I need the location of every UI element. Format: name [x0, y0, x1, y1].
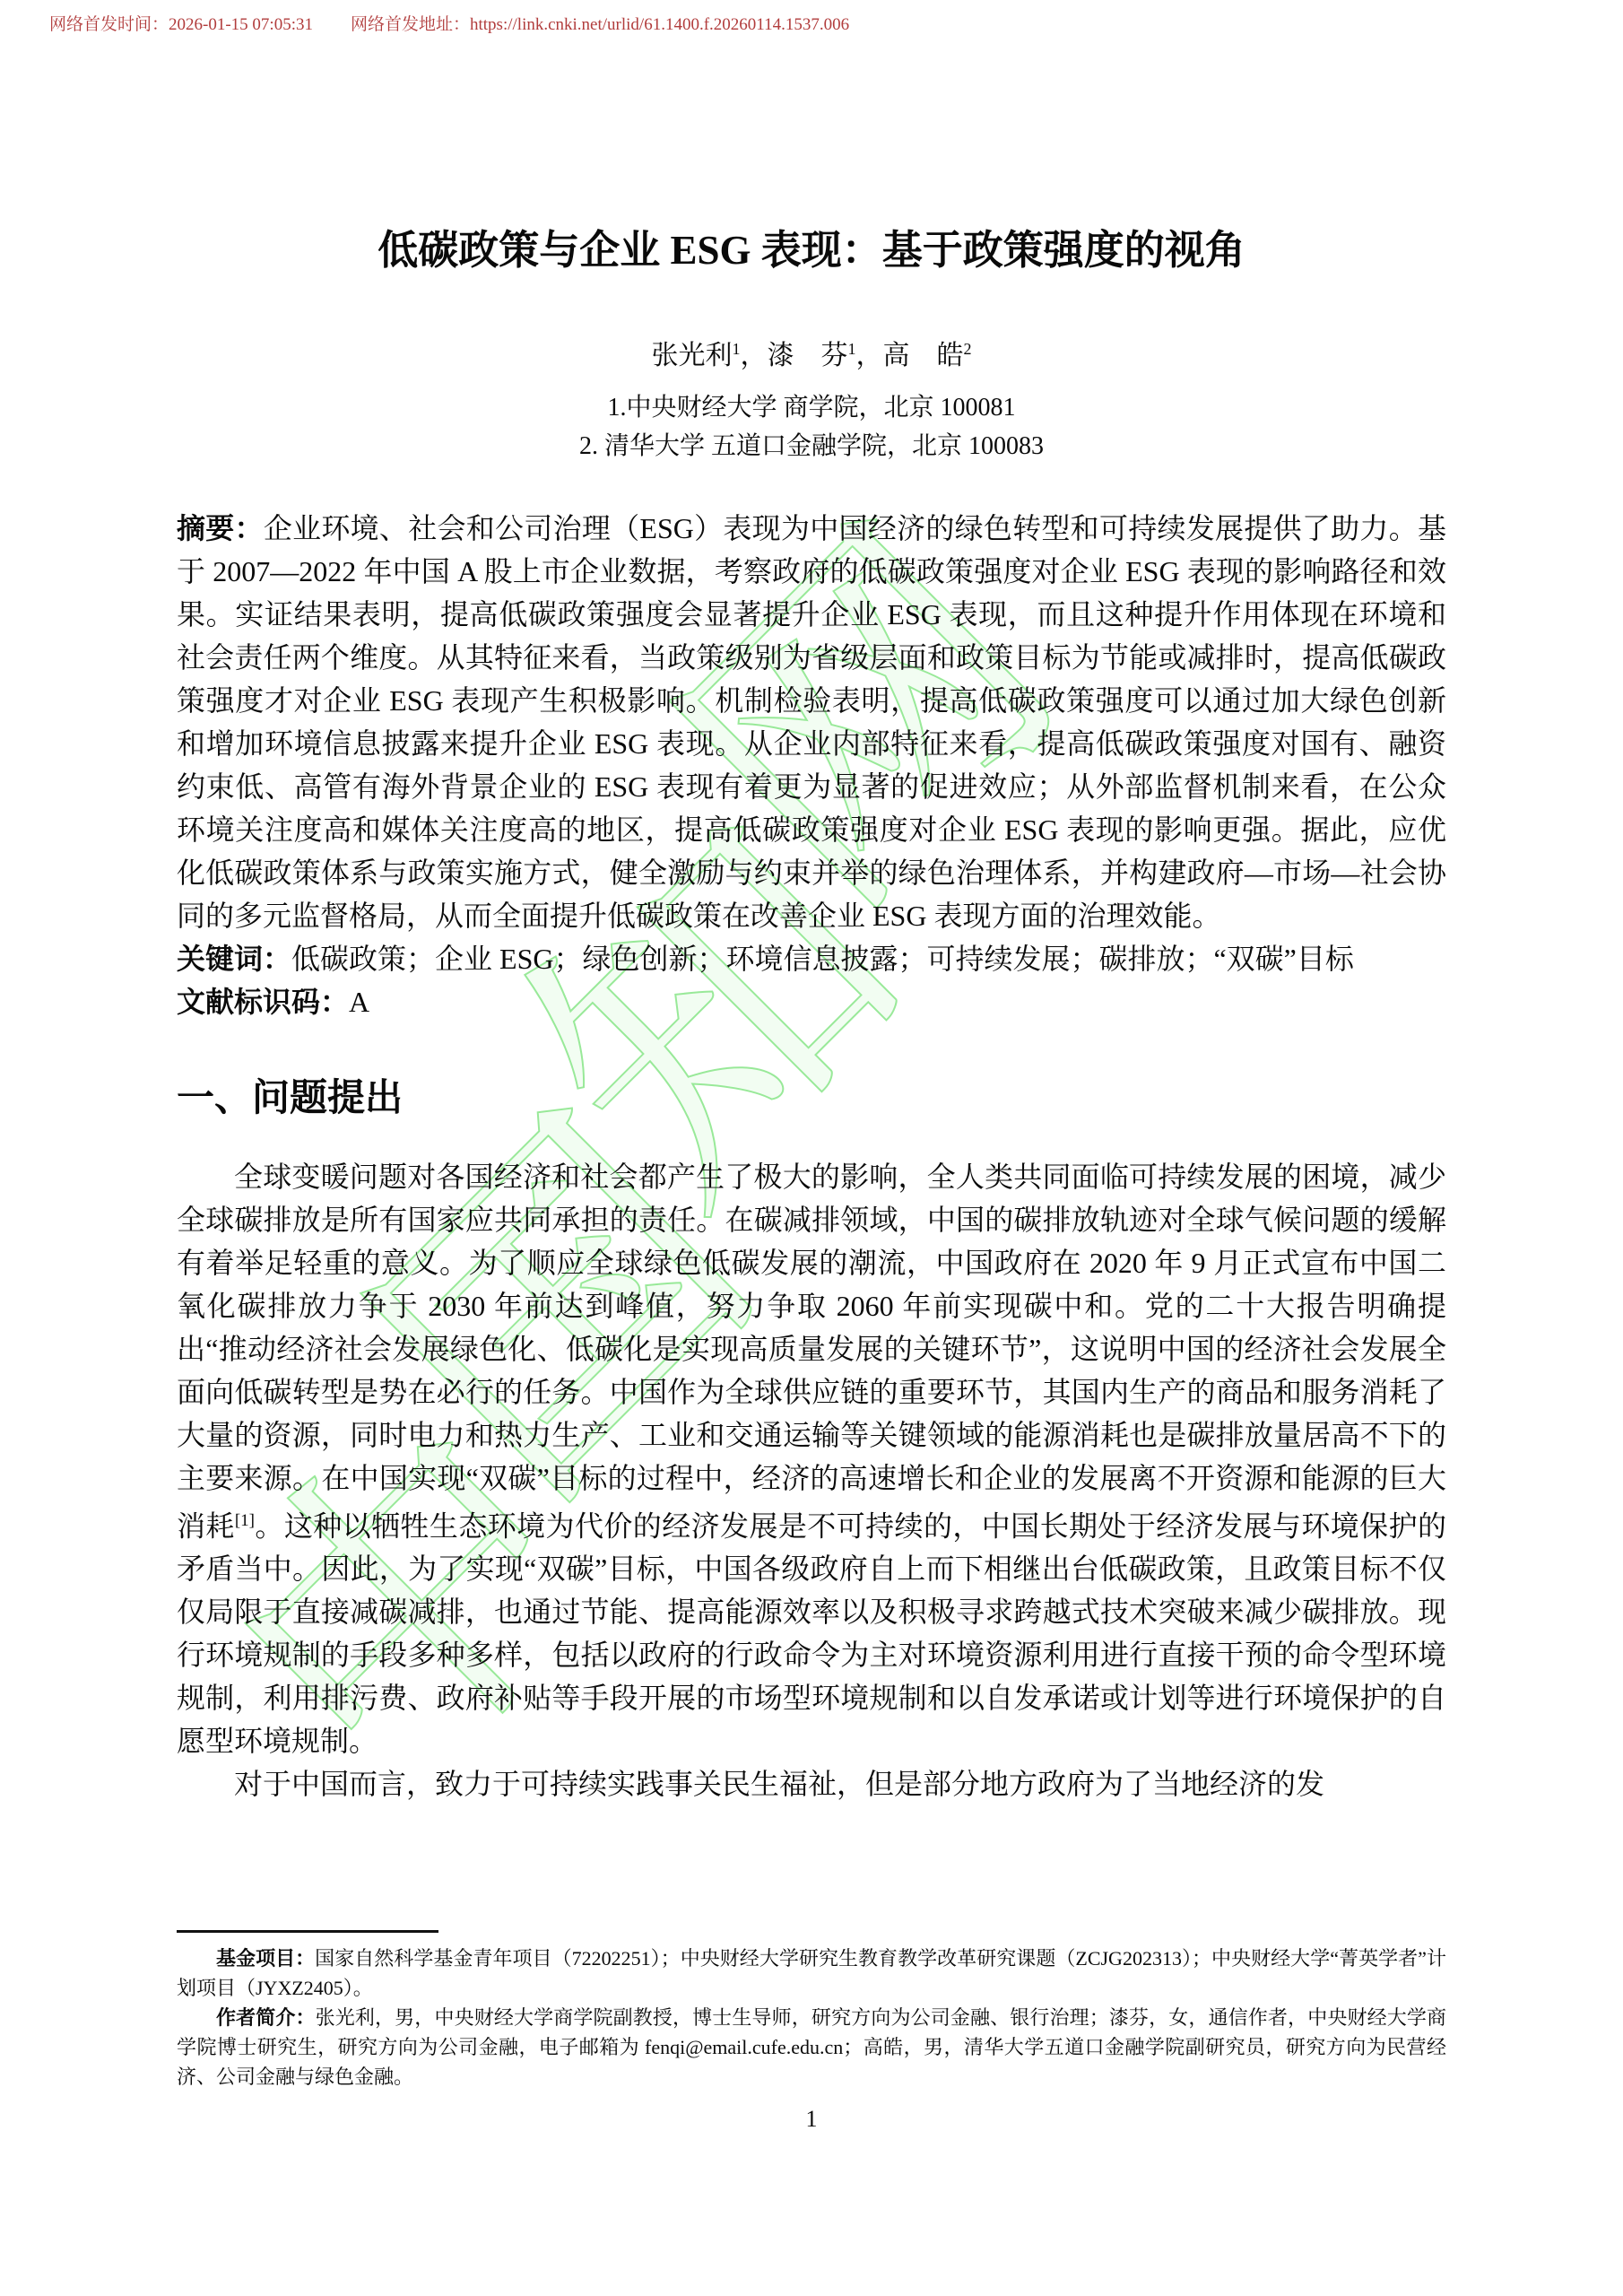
doc-code-label: 文献标识码：	[177, 986, 349, 1018]
citation-ref-1: [1]	[235, 1511, 255, 1530]
paper-content: 低碳政策与企业 ESG 表现：基于政策强度的视角 张光利1，漆 芬1，高 皓2 …	[177, 215, 1446, 1805]
author-bio-note: 作者简介：张光利，男，中央财经大学商学院副教授，博士生导师，研究方向为公司金融、…	[177, 2003, 1446, 2092]
footnote-separator-rule	[177, 1930, 438, 1933]
publish-time-label: 网络首发时间：	[49, 15, 169, 34]
footnote-area: 基金项目：国家自然科学基金青年项目（72202251）；中央财经大学研究生教育教…	[177, 1930, 1446, 2092]
funding-text: 国家自然科学基金青年项目（72202251）；中央财经大学研究生教育教学改革研究…	[177, 1947, 1446, 1999]
author-3-affil-sup: 2	[964, 340, 972, 358]
online-first-header: 网络首发时间：2026-01-15 07:05:31网络首发地址：https:/…	[49, 11, 849, 35]
funding-label: 基金项目：	[216, 1947, 315, 1970]
author-separator-1: ，	[741, 341, 768, 370]
section-1-heading: 一、问题提出	[177, 1075, 1446, 1120]
abstract-label: 摘要：	[177, 512, 264, 544]
keywords-label: 关键词：	[177, 943, 291, 975]
author-bio-label: 作者简介：	[216, 2006, 316, 2029]
author-3-name: 高 皓	[883, 341, 964, 370]
funding-note: 基金项目：国家自然科学基金青年项目（72202251）；中央财经大学研究生教育教…	[177, 1944, 1446, 2003]
author-1-affil-sup: 1	[733, 340, 741, 358]
author-3: 高 皓2	[883, 341, 972, 370]
keywords: 关键词：低碳政策；企业 ESG；绿色创新；环境信息披露；可持续发展；碳排放；“双…	[177, 937, 1446, 980]
author-1: 张光利1	[652, 341, 741, 370]
section-1-paragraph-2: 对于中国而言，致力于可持续实践事关民生福祉，但是部分地方政府为了当地经济的发	[177, 1762, 1446, 1805]
paper-page: 网络首发时间：2026-01-15 07:05:31网络首发地址：https:/…	[0, 0, 1623, 2296]
publish-time-value: 2026-01-15 07:05:31	[169, 15, 313, 34]
front-matter-and-body: 摘要：企业环境、社会和公司治理（ESG）表现为中国经济的绿色转型和可持续发展提供…	[177, 507, 1446, 1805]
author-bio-text: 张光利，男，中央财经大学商学院副教授，博士生导师，研究方向为公司金融、银行治理；…	[177, 2006, 1446, 2088]
author-2: 漆 芬1	[768, 341, 856, 370]
author-2-affil-sup: 1	[848, 340, 856, 358]
abstract-text: 企业环境、社会和公司治理（ESG）表现为中国经济的绿色转型和可持续发展提供了助力…	[177, 512, 1446, 932]
publish-url-value: https://link.cnki.net/urlid/61.1400.f.20…	[470, 15, 849, 34]
doc-code-value: A	[349, 986, 369, 1018]
abstract: 摘要：企业环境、社会和公司治理（ESG）表现为中国经济的绿色转型和可持续发展提供…	[177, 507, 1446, 937]
paragraph-1-text: 全球变暖问题对各国经济和社会都产生了极大的影响，全人类共同面临可持续发展的困境，…	[177, 1161, 1446, 1543]
author-line: 张光利1，漆 芬1，高 皓2	[177, 333, 1446, 372]
author-separator-2: ，	[856, 341, 883, 370]
keywords-text: 低碳政策；企业 ESG；绿色创新；环境信息披露；可持续发展；碳排放；“双碳”目标	[291, 943, 1354, 975]
paragraph-1-text-continued: 。这种以牺牲生态环境为代价的经济发展是不可持续的，中国长期处于经济发展与环境保护…	[177, 1509, 1446, 1757]
affiliations: 1.中央财经大学 商学院，北京 100081 2. 清华大学 五道口金融学院，北…	[177, 388, 1446, 466]
section-1-paragraph-1: 全球变暖问题对各国经济和社会都产生了极大的影响，全人类共同面临可持续发展的困境，…	[177, 1155, 1446, 1763]
publish-url-label: 网络首发地址：	[351, 15, 470, 34]
affiliation-1: 1.中央财经大学 商学院，北京 100081	[177, 388, 1446, 427]
page-number: 1	[0, 2106, 1623, 2133]
paper-title: 低碳政策与企业 ESG 表现：基于政策强度的视角	[177, 224, 1446, 277]
doc-code: 文献标识码：A	[177, 980, 1446, 1023]
author-2-name: 漆 芬	[768, 341, 848, 370]
author-1-name: 张光利	[652, 341, 733, 370]
affiliation-2: 2. 清华大学 五道口金融学院，北京 100083	[177, 427, 1446, 465]
